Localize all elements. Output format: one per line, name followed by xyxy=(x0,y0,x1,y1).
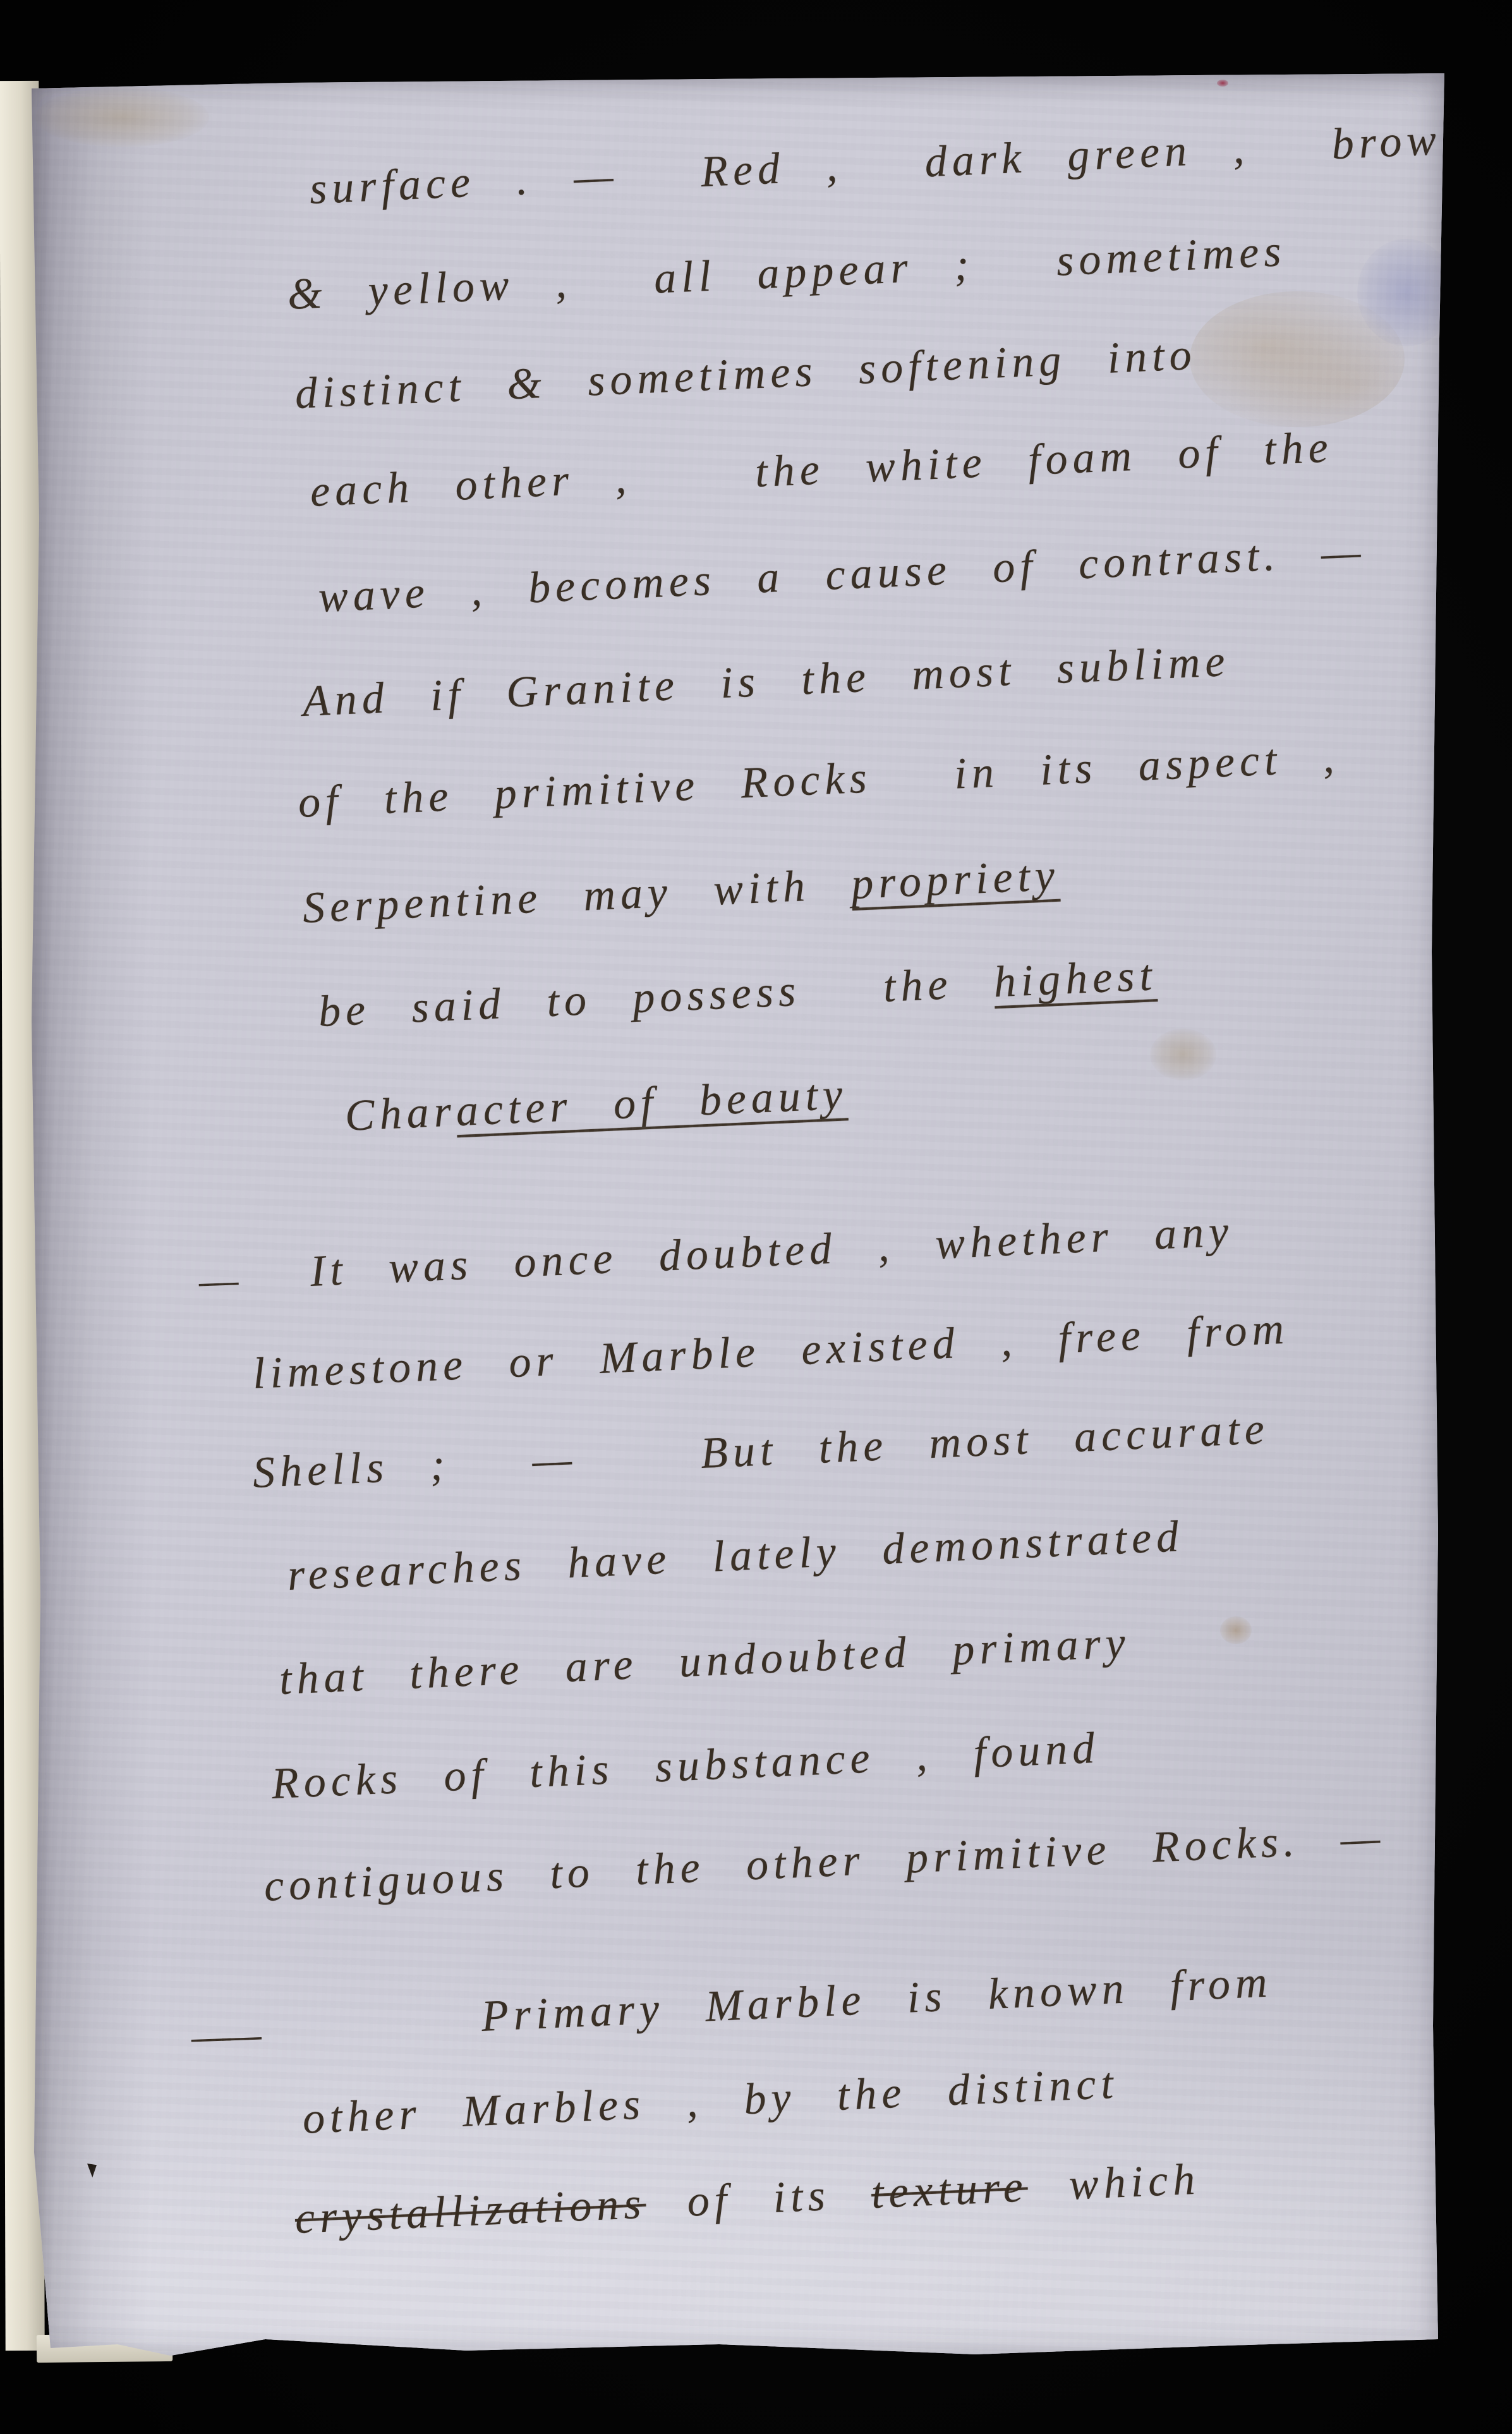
text-segment: Rocks of this substance , found xyxy=(270,1724,1100,1808)
manuscript-line: Shells ; — But the most accurate xyxy=(251,1404,1270,1499)
text-segment: researches have lately demonstrated xyxy=(286,1512,1184,1600)
manuscript-page: surface . — Red , dark green , brown & y… xyxy=(24,73,1447,2361)
text-segment: contiguous to the other primitive Rocks.… xyxy=(263,1813,1386,1911)
manuscript-line: be said to possess the highest xyxy=(317,950,1158,1038)
underlined-word: propriety xyxy=(850,851,1061,909)
text-segment: It was once doubted , whether any xyxy=(309,1207,1234,1296)
text-segment: be said to possess the xyxy=(317,958,995,1036)
manuscript-line: wave , becomes a cause of contrast. — xyxy=(317,527,1367,623)
text-segment: limestone or Marble existed , free from xyxy=(251,1304,1290,1398)
text-segment: which xyxy=(1027,2155,1201,2212)
manuscript-line: surface . — Red , dark green , brown xyxy=(308,114,1469,215)
underlined-word: highest xyxy=(993,951,1158,1007)
text-segment: each other , the white foam of the xyxy=(309,423,1334,516)
manuscript-line: other Marbles , by the distinct xyxy=(301,2059,1119,2145)
ink-fleck xyxy=(87,2164,97,2177)
text-segment: other Marbles , by the distinct xyxy=(301,2059,1119,2143)
text-segment: & yellow , all appear ; sometimes xyxy=(286,227,1287,319)
stain xyxy=(1220,1616,1252,1644)
manuscript-line: that there are undoubted primary xyxy=(278,1618,1131,1705)
margin-dash: — xyxy=(198,1255,241,1307)
manuscript-photo: surface . — Red , dark green , brown & y… xyxy=(0,0,1512,2434)
text-segment: surface . — Red , dark green , brown xyxy=(308,114,1469,214)
manuscript-line: each other , the white foam of the xyxy=(309,422,1334,518)
stain xyxy=(35,87,209,147)
text-segment: Char xyxy=(344,1087,457,1141)
manuscript-line: contiguous to the other primitive Rocks.… xyxy=(263,1813,1386,1912)
underlined-phrase: acter of beauty xyxy=(455,1070,849,1135)
manuscript-line: Primary Marble is known from xyxy=(480,1957,1273,2042)
margin-dash: —— xyxy=(191,2010,253,2062)
struck-word: crystallizations xyxy=(294,2179,647,2243)
manuscript-line: Rocks of this substance , found xyxy=(270,1723,1100,1810)
manuscript-line: Character of beauty xyxy=(344,1069,849,1142)
manuscript-line: distinct & sometimes softening into xyxy=(294,330,1197,420)
text-segment: distinct & sometimes softening into xyxy=(294,330,1197,418)
manuscript-line: It was once doubted , whether any xyxy=(309,1206,1235,1297)
stain xyxy=(1150,1029,1216,1081)
ink-smudge xyxy=(1357,239,1455,346)
text-segment: of the primitive Rocks in its aspect , xyxy=(297,733,1340,827)
text-segment: Serpentine may with xyxy=(301,860,852,933)
stain xyxy=(1190,291,1405,427)
manuscript-line: limestone or Marble existed , free from xyxy=(251,1304,1290,1400)
manuscript-line: & yellow , all appear ; sometimes xyxy=(286,226,1287,320)
gutter-shadow xyxy=(24,73,150,2361)
manuscript-line: of the primitive Rocks in its aspect , xyxy=(297,732,1340,828)
manuscript-line: Serpentine may with propriety xyxy=(301,851,1060,934)
text-segment: And if Granite is the most sublime xyxy=(301,637,1231,726)
text-segment: Primary Marble is known from xyxy=(480,1958,1273,2041)
manuscript-line: researches have lately demonstrated xyxy=(286,1511,1184,1601)
text-segment: Shells ; — But the most accurate xyxy=(251,1405,1270,1498)
text-segment: wave , becomes a cause of contrast. — xyxy=(317,528,1367,622)
manuscript-line: crystallizations of its texture which xyxy=(294,2155,1201,2244)
manuscript-line: And if Granite is the most sublime xyxy=(301,636,1231,727)
red-fiber-mark xyxy=(1217,80,1228,87)
text-segment: of its xyxy=(645,2169,873,2228)
text-segment: that there are undoubted primary xyxy=(278,1618,1131,1704)
struck-word: texture xyxy=(870,2162,1029,2218)
